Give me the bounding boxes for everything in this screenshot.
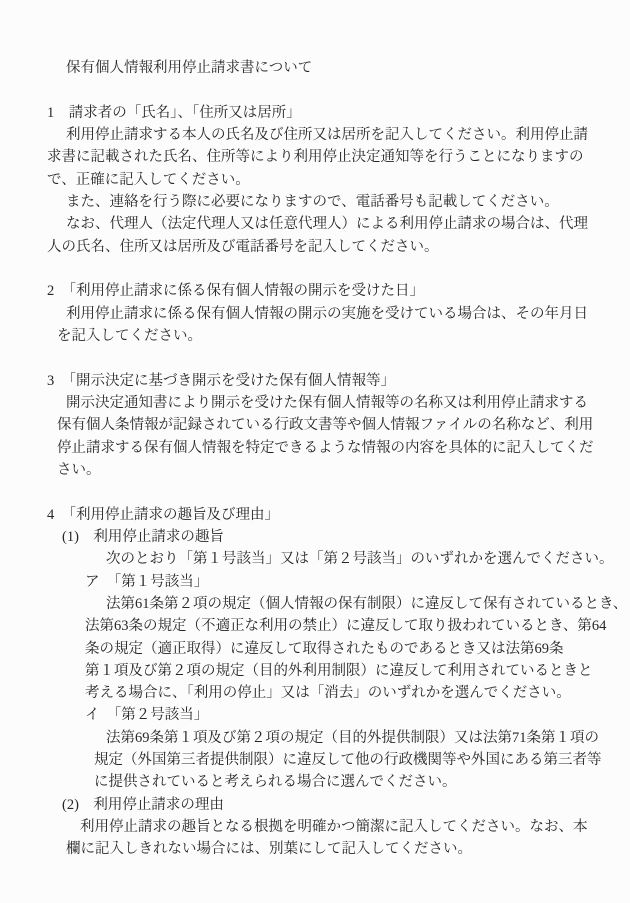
text-line: に提供されていると考えられる場合に選んでください。 — [94, 771, 630, 793]
text-line: ア 「第１号該当」 — [85, 571, 630, 593]
text-line: 利用停止請求の趣旨となる根拠を明確かつ簡潔に記入してください。なお、本 — [80, 816, 630, 838]
text-line: 2 「利用停止請求に係る保有個人情報の開示を受けた日」 — [47, 280, 630, 302]
text-line: 3 「開示決定に基づき開示を受けた保有個人情報等」 — [47, 370, 630, 392]
text-line: 条の規定（適正取得）に違反して取得されたものであるとき又は法第69条 — [85, 638, 630, 660]
text-line: 法第63条の規定（不適正な利用の禁止）に違反して取り扱われているとき、第64 — [85, 615, 630, 637]
text-line: (1) 利用停止請求の趣旨 — [62, 526, 630, 548]
text-line: 開示決定通知書により開示を受けた保有個人情報等の名称又は利用停止請求する — [66, 392, 630, 414]
document-title: 保有個人情報利用停止請求書について — [66, 57, 630, 79]
text-line: イ 「第２号該当」 — [85, 704, 630, 726]
text-line: 人の氏名、住所又は居所及び電話番号を記入してください。 — [47, 236, 630, 258]
text-line: (2) 利用停止請求の理由 — [62, 794, 630, 816]
text-line: 利用停止請求する本人の氏名及び住所又は居所を記入してください。利用停止請 — [66, 124, 630, 146]
section: 3 「開示決定に基づき開示を受けた保有個人情報等」開示決定通知書により開示を受け… — [0, 370, 630, 481]
text-line: 第１項及び第２項の規定（目的外利用制限）に違反して利用されているときと — [85, 660, 630, 682]
text-line: 求書に記載された氏名、住所等により利用停止決定通知等を行うことになりますの — [47, 146, 630, 168]
document-body: 1 請求者の「氏名」、「住所又は居所」利用停止請求する本人の氏名及び住所又は居所… — [0, 102, 630, 861]
text-line: なお、代理人（法定代理人又は任意代理人）による利用停止請求の場合は、代理 — [66, 213, 630, 235]
section: 4 「利用停止請求の趣旨及び理由」(1) 利用停止請求の趣旨次のとおり「第１号該… — [0, 504, 630, 861]
text-line: 欄に記入しきれない場合には、別葉にして記入してください。 — [66, 838, 630, 860]
text-line: 次のとおり「第１号該当」又は「第２号該当」のいずれかを選んでください。 — [106, 548, 630, 570]
text-line: 1 請求者の「氏名」、「住所又は居所」 — [47, 102, 630, 124]
text-line: 保有個人条情報が記録されている行政文書等や個人情報ファイルの名称など、利用 — [57, 414, 630, 436]
text-line: を記入してください。 — [57, 325, 630, 347]
text-line: 規定（外国第三者提供制限）に違反して他の行政機関等や外国にある第三者等 — [94, 749, 630, 771]
text-line: 4 「利用停止請求の趣旨及び理由」 — [47, 504, 630, 526]
text-line: また、連絡を行う際に必要になりますので、電話番号も記載してください。 — [66, 191, 630, 213]
text-line: さい。 — [57, 459, 630, 481]
text-line: 法第69条第１項及び第２項の規定（目的外提供制限）又は法第71条第１項の — [106, 727, 630, 749]
section: 2 「利用停止請求に係る保有個人情報の開示を受けた日」利用停止請求に係る保有個人… — [0, 280, 630, 347]
section: 1 請求者の「氏名」、「住所又は居所」利用停止請求する本人の氏名及び住所又は居所… — [0, 102, 630, 258]
text-line: で、正確に記入してください。 — [47, 169, 630, 191]
text-line: 考える場合に、「利用の停止」又は「消去」のいずれかを選んでください。 — [85, 682, 630, 704]
text-line: 法第61条第２項の規定（個人情報の保有制限）に違反して保有されているとき、 — [106, 593, 630, 615]
text-line: 利用停止請求に係る保有個人情報の開示の実施を受けている場合は、その年月日 — [66, 303, 630, 325]
document-page: 保有個人情報利用停止請求書について 1 請求者の「氏名」、「住所又は居所」利用停… — [0, 0, 630, 903]
text-line: 停止請求する保有個人情報を特定できるような情報の内容を具体的に記入してくだ — [57, 437, 630, 459]
